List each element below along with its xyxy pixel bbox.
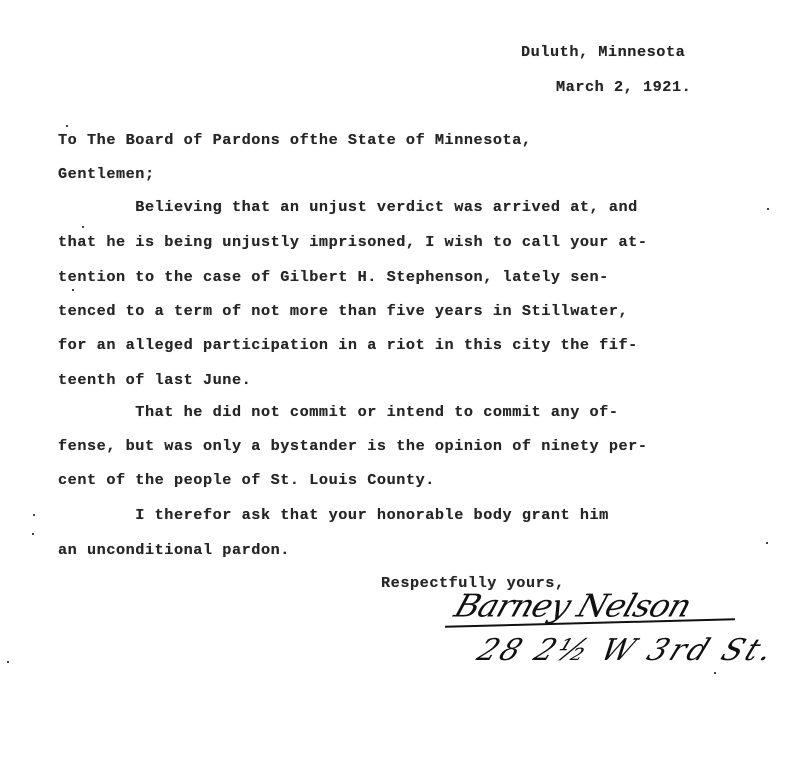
body-line: fense, but was only a bystander is the o… [58, 439, 648, 454]
letter-page: Duluth, Minnesota March 2, 1921. To The … [0, 0, 800, 768]
letter-place: Duluth, Minnesota [521, 45, 685, 60]
letter-salutation: Gentlemen; [58, 167, 155, 182]
body-line: an unconditional pardon. [58, 543, 290, 558]
body-line: I therefor ask that your honorable body … [58, 508, 609, 523]
paper-speck [82, 226, 84, 228]
body-line: cent of the people of St. Louis County. [58, 473, 435, 488]
handwritten-address: 28 2½ W 3rd St. [472, 633, 781, 668]
body-line: teenth of last June. [58, 373, 251, 388]
letter-date: March 2, 1921. [556, 80, 691, 95]
paper-speck [66, 125, 68, 127]
paper-speck [714, 672, 716, 674]
body-line: tention to the case of Gilbert H. Stephe… [58, 270, 609, 285]
body-line: That he did not commit or intend to comm… [58, 405, 619, 420]
paper-speck [767, 208, 769, 210]
letter-addressee: To The Board of Pardons ofthe State of M… [58, 133, 532, 148]
paper-speck [32, 533, 34, 535]
paper-speck [7, 661, 9, 663]
body-line: for an alleged participation in a riot i… [58, 338, 638, 353]
handwritten-signature: Barney Nelson [450, 587, 696, 624]
body-line: tenced to a term of not more than five y… [58, 304, 628, 319]
paper-speck [33, 514, 35, 516]
paper-speck [766, 542, 768, 544]
body-line: that he is being unjustly imprisoned, I … [58, 235, 648, 250]
body-line: Believing that an unjust verdict was arr… [58, 200, 638, 215]
paper-speck [72, 289, 74, 291]
